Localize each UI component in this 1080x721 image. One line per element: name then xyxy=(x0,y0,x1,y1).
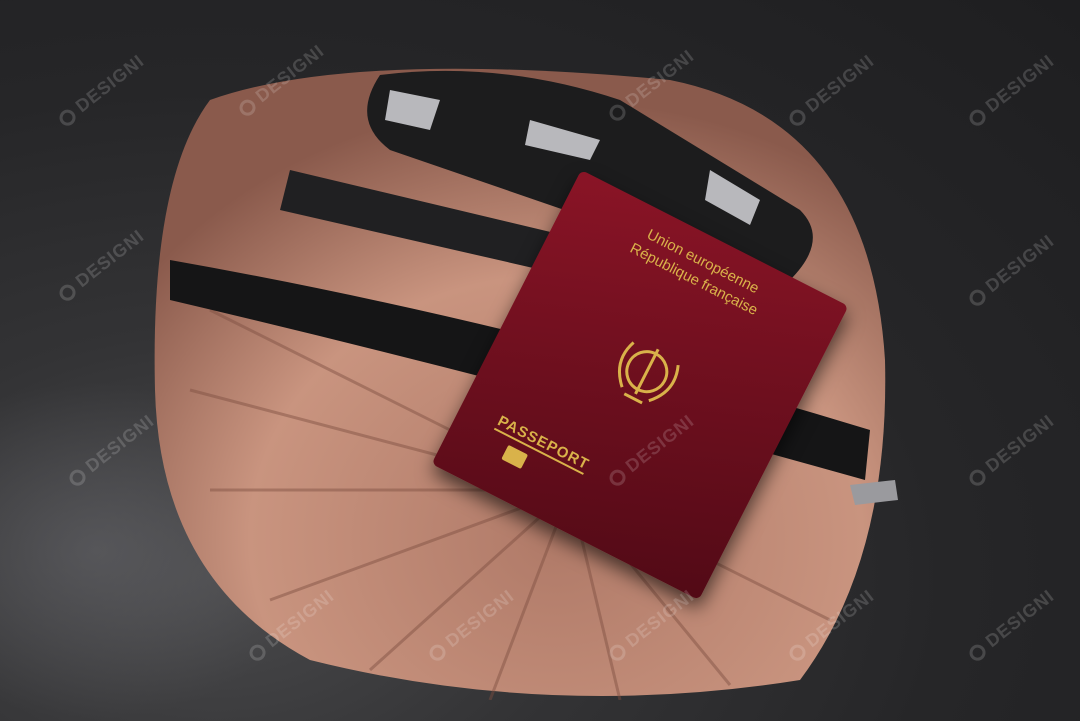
watermark: DESIGNI xyxy=(964,231,1058,311)
designi-logo-icon xyxy=(56,106,78,128)
designi-logo-icon xyxy=(966,466,988,488)
designi-logo-icon xyxy=(966,106,988,128)
watermark: DESIGNI xyxy=(54,51,148,131)
designi-logo-icon xyxy=(966,286,988,308)
biometric-chip-icon xyxy=(501,445,528,469)
photo-scene: Union européenne République française PA… xyxy=(0,0,1080,721)
watermark: DESIGNI xyxy=(54,226,148,306)
watermark: DESIGNI xyxy=(964,51,1058,131)
watermark: DESIGNI xyxy=(964,586,1058,666)
designi-logo-icon xyxy=(966,641,988,663)
designi-logo-icon xyxy=(56,281,78,303)
coat-of-arms-icon xyxy=(593,318,701,426)
watermark: DESIGNI xyxy=(964,411,1058,491)
passport-title: PASSEPORT xyxy=(494,413,592,476)
